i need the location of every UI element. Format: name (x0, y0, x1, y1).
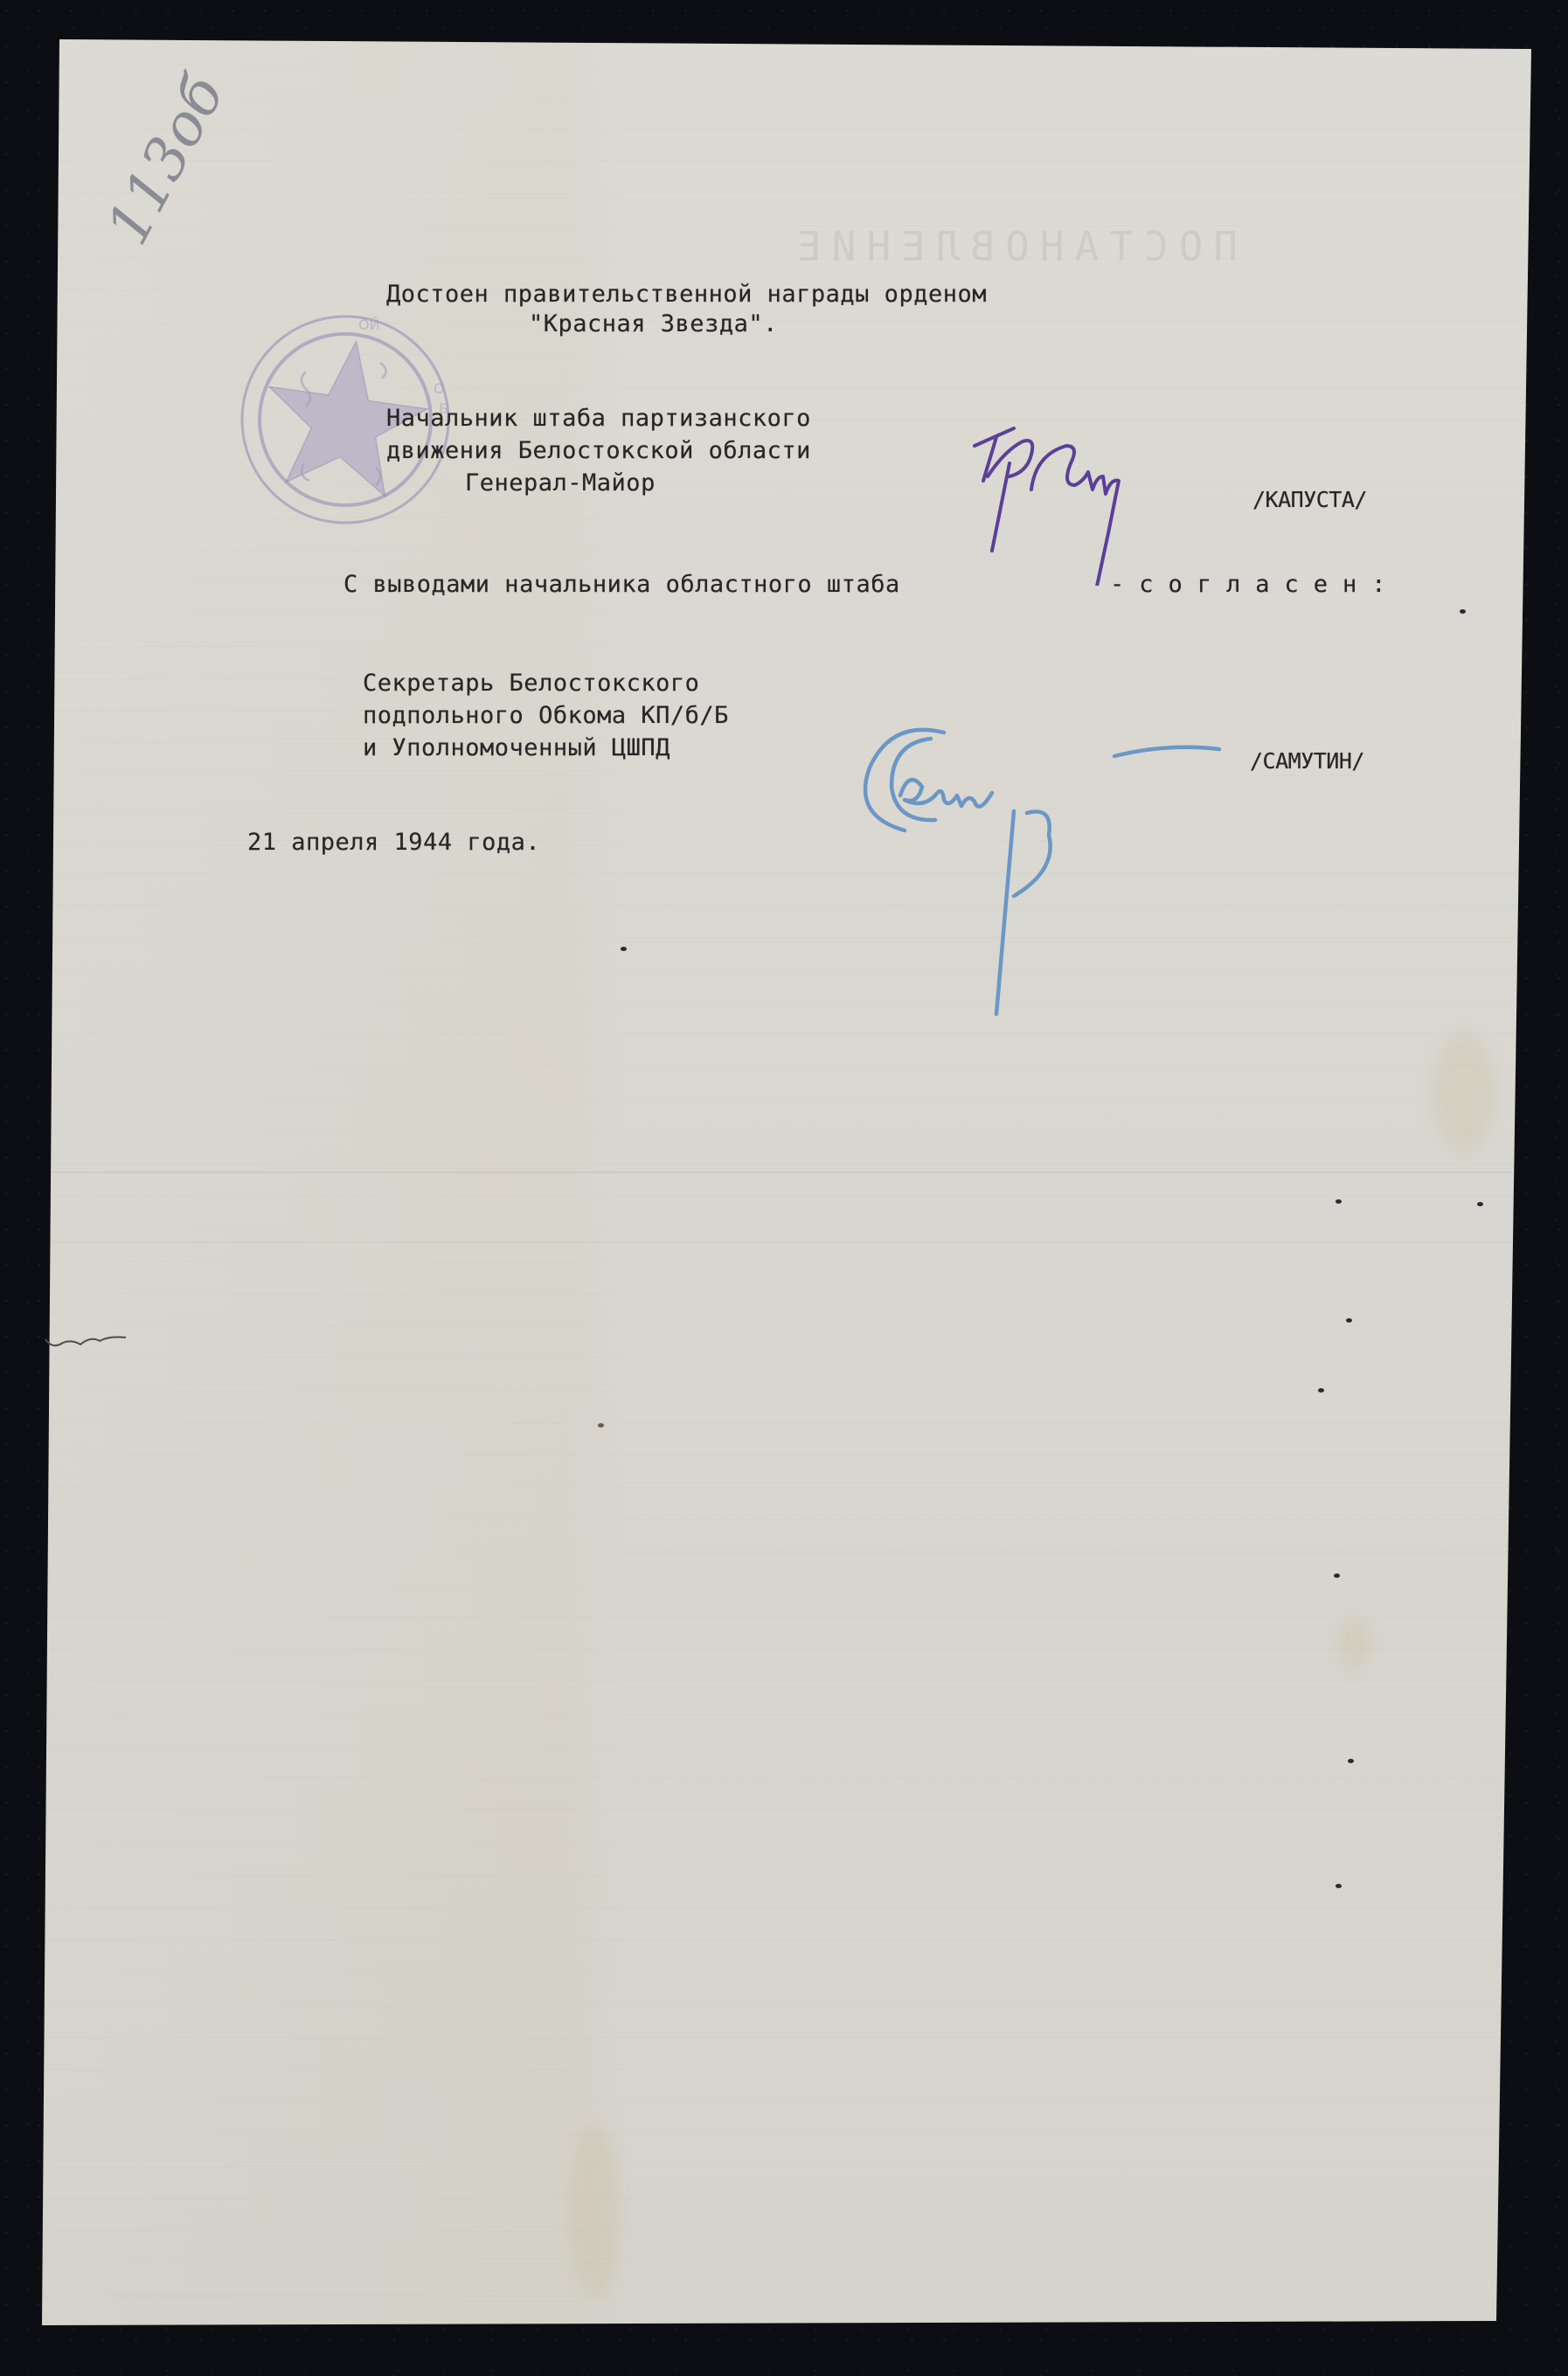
paper-fold-line (52, 1171, 1512, 1173)
award-name: "Красная Звезда". (529, 308, 778, 340)
paper-speck (621, 947, 627, 951)
reverse-side-showthrough: ПОСТАНОВЛЕНИЕ (787, 223, 1238, 270)
signatory-1-title-line-2: движения Белостокской области (386, 434, 811, 467)
signature-samutin (848, 717, 1267, 1032)
signatory-1-title-line-3: Генерал-Майор (465, 467, 656, 499)
award-statement: Достоен правительственной награды ордено… (386, 278, 987, 310)
signatory-1-title-line-1: Начальник штаба партизанского (386, 402, 811, 434)
signatory-2-title-line-1: Секретарь Белостокского (363, 667, 699, 699)
paper-speck (1336, 1884, 1342, 1888)
signature-kapusta (961, 411, 1224, 586)
paper-fold-line (52, 1241, 1512, 1243)
paper-speck (1318, 1388, 1324, 1393)
paper-stain (1337, 1617, 1372, 1670)
svg-text:О: О (434, 380, 445, 397)
document-date: 21 апреля 1944 года. (247, 826, 540, 858)
signatory-1-name: /КАПУСТА/ (1252, 483, 1367, 516)
svg-text:ОЙ: ОЙ (358, 316, 380, 333)
concurrence-verdict: -согласен: (1110, 568, 1401, 601)
paper-speck (1334, 1574, 1340, 1578)
signatory-2-title-line-2: подпольного Обкома КП/б/Б (363, 699, 729, 732)
paper-speck (1348, 1759, 1354, 1763)
paper-speck (1460, 609, 1466, 614)
signatory-2-title-line-3: и Уполномоченный ЦШПД (363, 732, 670, 764)
paper-stain (568, 2124, 621, 2299)
paper-crease (44, 1329, 149, 1355)
concurrence-statement: С выводами начальника областного штаба (343, 568, 900, 601)
paper-speck (598, 1423, 604, 1428)
paper-speck (1346, 1318, 1352, 1323)
paper-stain (1433, 1032, 1495, 1154)
paper-speck (1336, 1199, 1342, 1204)
paper-speck (1477, 1202, 1483, 1206)
